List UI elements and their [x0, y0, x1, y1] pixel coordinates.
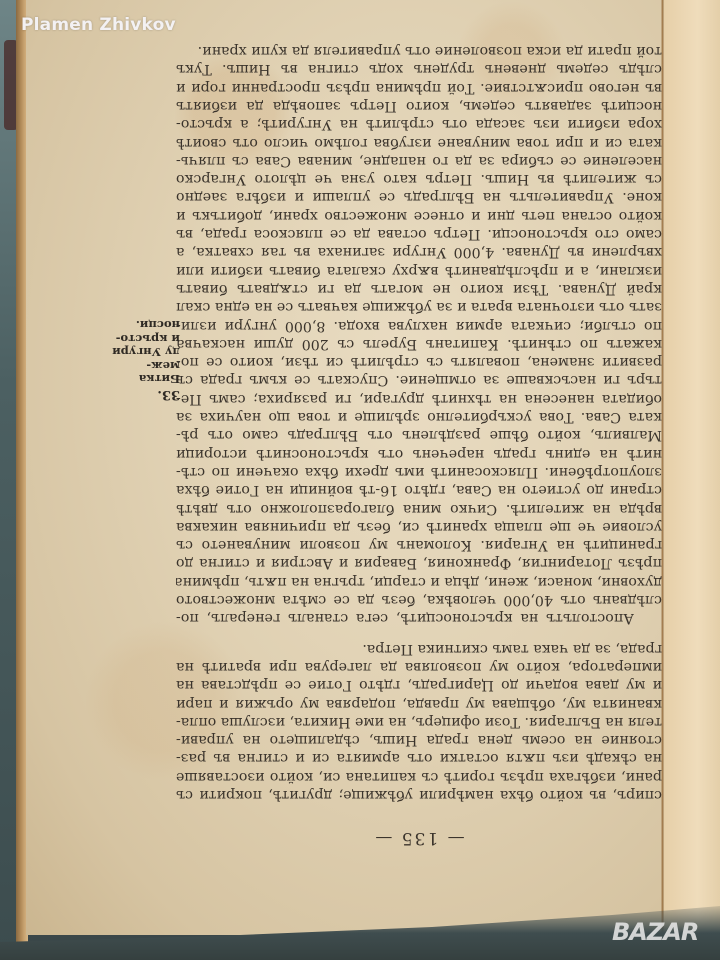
text-line: който остана петь дни и отнесе множество… [176, 207, 662, 225]
text-line: ката си и при това минуване изгубва голѣ… [176, 133, 662, 151]
margin-note-number: 33. [104, 388, 180, 402]
photographer-watermark: Plamen Zhivkov [21, 15, 176, 35]
text-line: въ негово присѫтствие. Той прѣмина прѣзъ… [176, 78, 662, 96]
text-line: града, за да чака тамъ скитника Петра. [176, 639, 662, 657]
text-line: край Дунава. Тѣзи които не могатъ да ги … [176, 280, 662, 298]
text-line: стояние на осемь дена града Нишъ, сѣдали… [176, 731, 662, 749]
text-line: императора, който му позволява да лагеру… [176, 658, 662, 676]
rotated-text-block: — 135 — спиръ, въ който бѣха намѣрили уб… [176, 56, 662, 856]
text-line: обидата нанесена на тѣхнитѣ другари, ги … [176, 389, 662, 407]
text-line: хвърлени въ Дунава. 4,000 Унгури загинах… [176, 243, 662, 261]
page-number: — 135 — [176, 804, 662, 856]
text-line: коне. Управительтъ на Бѣлградъ се уплаши… [176, 188, 662, 206]
text-line: слѣдванъ отъ 40,000 человѣка, безъ да се… [176, 591, 662, 609]
margin-note-line: Битка меж- [104, 359, 180, 386]
text-line: условие че ще плаща хранитѣ си, безъ да … [176, 518, 662, 536]
text-line: само сто кръстоносци. Петръ остава да се… [176, 225, 662, 243]
text-line: спиръ, въ който бѣха намѣрили убѣжище; д… [176, 786, 662, 804]
text-line: страни до устието на Сава, гдѣто 16-тѣ в… [176, 481, 662, 499]
text-line: население се събира за да го нападне, ми… [176, 152, 662, 170]
text-line: слѣдъ седемь дневенъ труденъ ходъ стигна… [176, 60, 662, 78]
text-line: търъ ги насъскваше за отмщение. Спускатъ… [176, 371, 662, 389]
margin-note-line: носци. [104, 318, 180, 332]
text-line: врѣда на жителитѣ. Сичко мина благоразпо… [176, 499, 662, 517]
text-line: развити знамена, повалятъ съ стрѣлитѣ си… [176, 353, 662, 371]
text-line: рани, избѣгаха прѣзъ горитѣ съ капитана … [176, 767, 662, 785]
text-line: кванията му, обѣщава му правда, подарява… [176, 694, 662, 712]
text-line: кажатъ по стѣнитѣ. Капитанъ Бурелъ съ 20… [176, 335, 662, 353]
bazar-logo: BAZAR [612, 918, 698, 946]
text-line: духовни, монаси, жени, дѣца и старци, тр… [176, 572, 662, 590]
text-line: нитѣ на единъ градъ нареченъ отъ кръстон… [176, 444, 662, 462]
text-line: носцитѣ задавятъ седемь, които Петръ зап… [176, 97, 662, 115]
margin-note: 33. Битка меж- ду Унгури и кръсто- носци… [104, 318, 180, 401]
paragraph-1: спиръ, въ който бѣха намѣрили убѣжище; д… [176, 639, 662, 804]
text-line: границитѣ на Унгария. Коломанъ му позвол… [176, 536, 662, 554]
adjacent-page-strip [664, 0, 720, 935]
text-line: теля на България. Този офицеръ, на име Н… [176, 713, 662, 731]
paragraph-2: Апостолътъ на кръстоносцитѣ, сега станал… [176, 42, 662, 628]
text-line: затъ отъ източната врата и за убѣжище ка… [176, 298, 662, 316]
text-line: Малвилъ, който бѣше раздѣленъ отъ Бѣлгра… [176, 426, 662, 444]
paragraph-gap [176, 627, 662, 639]
text-line: по стълби; сичката армия нахлува входа. … [176, 316, 662, 334]
margin-note-line: ду Унгури [104, 345, 180, 359]
text-line: хора избити изъ засада отъ стрѣлитѣ на У… [176, 115, 662, 133]
text-line: злоупотрѣбени. Пляскосанитѣ имъ дрехи бѣ… [176, 463, 662, 481]
text-line: ката Сава. Това ускърбително зрѣлище и т… [176, 408, 662, 426]
text-line: съ жителитѣ въ Нишъ. Петръ като узна че … [176, 170, 662, 188]
margin-note-line: и кръсто- [104, 332, 180, 346]
text-line: Апостолътъ на кръстоносцитѣ, сега станал… [176, 609, 662, 627]
text-line: и му дава водачи до Цариградъ, гдѣто Гот… [176, 676, 662, 694]
text-line: той прати да иска позволение отъ управит… [176, 42, 662, 60]
text-line: на сѣкадѣ изъ пѫтя остатки отъ армията с… [176, 749, 662, 767]
text-line: изклани, а и прѣслѣдванитѣ вѫрху скалата… [176, 261, 662, 279]
photo-scene: — 135 — спиръ, въ който бѣха намѣрили уб… [0, 0, 720, 960]
text-line: прѣзъ Лотарингия, Франкония, Бавария и А… [176, 554, 662, 572]
